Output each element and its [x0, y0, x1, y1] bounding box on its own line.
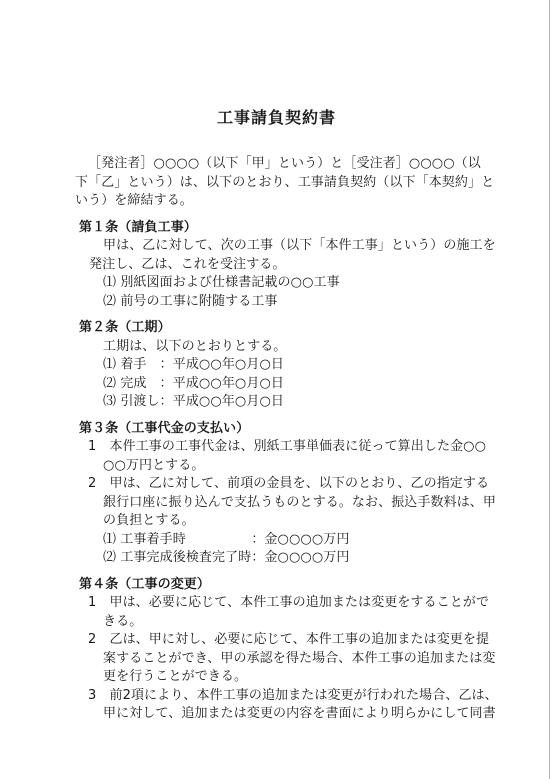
- intro-paragraph: ［発注者］○○○○（以下「甲」という）と［受注者］○○○○（以下「乙」という）は…: [75, 155, 543, 211]
- article-4: 第４条（工事の変更）1 甲は、必要に応じて、本件工事の追加または変更をすることが…: [75, 576, 543, 724]
- intro-line: いう）を締結する。: [75, 192, 543, 211]
- article-line: ⑶ 引渡し：平成○○年○月○日: [75, 393, 543, 412]
- article-line: 銀行口座に振り込んで支払うものとする。なお、振込手数料は、甲: [75, 494, 543, 513]
- article-1: 第１条（請負工事）甲は、乙に対して、次の工事（以下「本件工事」という）の施工を発…: [75, 219, 543, 312]
- article-line: の負担とする。: [75, 512, 543, 531]
- article-line: ○○万円とする。: [75, 457, 543, 476]
- document-title: 工事請負契約書: [0, 106, 553, 130]
- article-line: 工期は、以下のとおりとする。: [75, 338, 543, 357]
- document-body: ［発注者］○○○○（以下「甲」という）と［受注者］○○○○（以下「乙」という）は…: [0, 155, 553, 724]
- article-line: 更を行うことができる。: [75, 668, 543, 687]
- article-line: ⑵ 前号の工事に附随する工事: [75, 293, 543, 312]
- article-2: 第２条（工期）工期は、以下のとおりとする。⑴ 着手 ：平成○○年○月○日⑵ 完成…: [75, 319, 543, 412]
- article-heading: 第１条（請負工事）: [75, 219, 543, 238]
- intro-line: ［発注者］○○○○（以下「甲」という）と［受注者］○○○○（以: [75, 155, 543, 174]
- article-3: 第３条（工事代金の支払い）1 本件工事の工事代金は、別紙工事単価表に従って算出し…: [75, 420, 543, 568]
- article-line: 発注し、乙は、これを受注する。: [75, 256, 543, 275]
- article-line: 1 本件工事の工事代金は、別紙工事単価表に従って算出した金○○: [75, 438, 543, 457]
- contract-document-page: 工事請負契約書 ［発注者］○○○○（以下「甲」という）と［受注者］○○○○（以下…: [0, 0, 553, 779]
- article-line: ⑵ 完成 ：平成○○年○月○日: [75, 375, 543, 394]
- article-heading: 第４条（工事の変更）: [75, 576, 543, 595]
- article-line: 3 前2項により、本件工事の追加または変更が行われた場合、乙は、: [75, 687, 543, 706]
- article-line: 2 乙は、甲に対し、必要に応じて、本件工事の追加または変更を提: [75, 631, 543, 650]
- article-line: 甲は、乙に対して、次の工事（以下「本件工事」という）の施工を: [75, 237, 543, 256]
- article-line: ⑵ 工事完成後検査完了時：金○○○○万円: [75, 549, 543, 568]
- article-heading: 第３条（工事代金の支払い）: [75, 420, 543, 439]
- page-right-edge-line: [549, 0, 550, 779]
- article-heading: 第２条（工期）: [75, 319, 543, 338]
- article-line: ⑴ 着手 ：平成○○年○月○日: [75, 356, 543, 375]
- article-line: ⑴ 工事着手時 ：金○○○○万円: [75, 531, 543, 550]
- article-line: 案することができ、甲の承認を得た場合、本件工事の追加または変: [75, 650, 543, 669]
- articles-container: 第１条（請負工事）甲は、乙に対して、次の工事（以下「本件工事」という）の施工を発…: [75, 219, 543, 724]
- article-line: 2 甲は、乙に対して、前項の金員を、以下のとおり、乙の指定する: [75, 475, 543, 494]
- article-line: 甲に対して、追加または変更の内容を書面により明らかにして同書: [75, 705, 543, 724]
- article-line: 1 甲は、必要に応じて、本件工事の追加または変更をすることがで: [75, 594, 543, 613]
- article-line: ⑴ 別紙図面および仕様書記載の○○工事: [75, 274, 543, 293]
- intro-line: 下「乙」という）は、以下のとおり、工事請負契約（以下「本契約」と: [75, 174, 543, 193]
- article-line: きる。: [75, 613, 543, 632]
